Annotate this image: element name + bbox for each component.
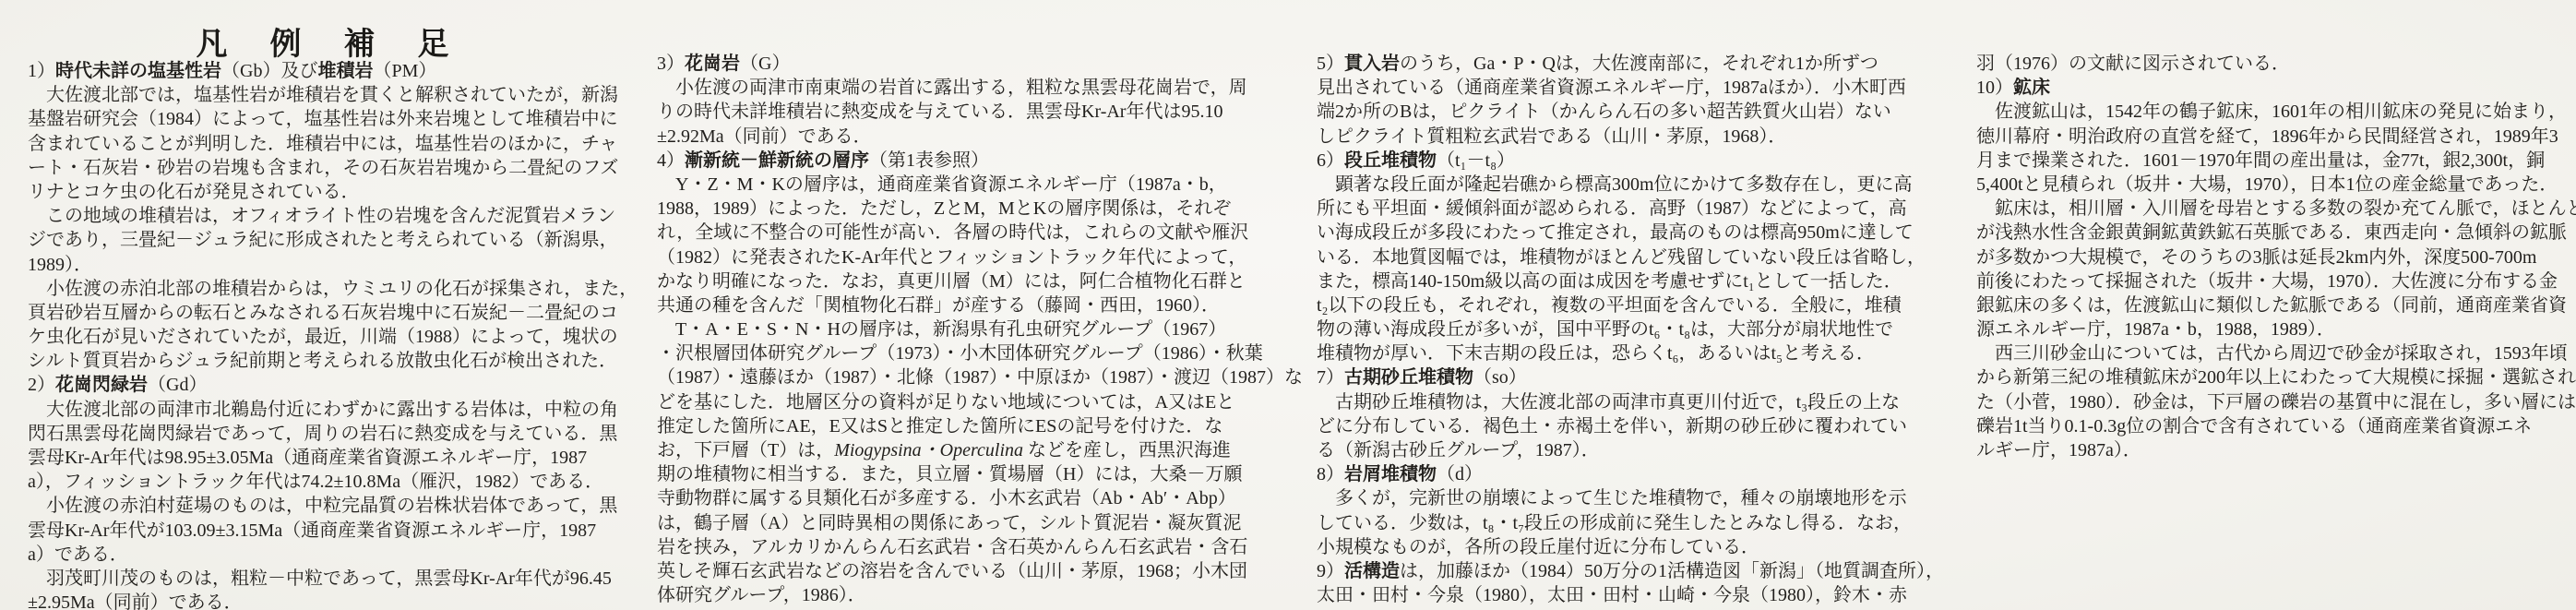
text-line: 期の堆積物に相当する．また，貝立層・質場層（H）には，大桑－万願 [657, 462, 1318, 486]
text-line: かなり明確になった．なお，真更川層（M）には，阿仁合植物化石群と [657, 269, 1318, 293]
text-line: リナとコケ虫の化石が発見されている． [28, 180, 626, 204]
text-line: ・沢根層団体研究グループ（1973）・小木団体研究グループ（1986）・秋葉 [657, 341, 1318, 365]
text-line: 小佐渡の赤泊村莚場のものは，中粒完晶質の岩株状岩体であって，黒 [28, 494, 626, 518]
text-line: 3）花崗岩（G） [657, 52, 1318, 76]
text-line: 西三川砂金山については，古代から周辺で砂金が採取され，1593年頃 [1976, 341, 2576, 365]
text-line: ±2.92Ma（同前）である． [657, 125, 1318, 149]
text-column-4: 羽（1976）の文献に図示されている．10）鉱床 佐渡鉱山は，1542年の鶴子鉱… [1976, 52, 2576, 462]
text-line: 雲母Kr-Ar年代が103.09±3.15Ma（通商産業省資源エネルギー庁，19… [28, 519, 626, 543]
text-line: 前後にわたって採掘された（坂井・大場，1970）．大佐渡に分布する金 [1976, 269, 2576, 293]
text-line: 4）漸新統－鮮新統の層序（第1表参照） [657, 149, 1318, 173]
text-line: 1989）． [28, 253, 626, 277]
text-line: T・A・E・S・N・Hの層序は，新潟県有孔虫研究グループ（1967） [657, 317, 1318, 341]
text-line: が多数かつ大規模で，そのうちの3脈は延長2km内外，深度500-700m [1976, 245, 2576, 269]
text-line: 雲母Kr-Ar年代は98.95±3.05Ma（通商産業省資源エネルギー庁，198… [28, 446, 626, 470]
text-line: 羽茂町川茂のものは，粗粒－中粒であって，黒雲母Kr-Ar年代が96.45 [28, 567, 626, 591]
text-line: 5）貫入岩のうち，Ga・P・Qは，大佐渡南部に，それぞれ1か所ずつ [1317, 52, 1979, 76]
text-line: りの時代未詳堆積岩に熱変成を与えている．黒雲母Kr-Ar年代は95.10 [657, 100, 1318, 124]
text-line: どに分布している．褐色土・赤褐土を伴い，新期の砂丘砂に覆われてい [1317, 414, 1979, 438]
text-line: 羽（1976）の文献に図示されている． [1976, 52, 2576, 76]
text-line: 銀鉱床の多くは，佐渡鉱山に類似した鉱脈である（同前，通商産業省資 [1976, 293, 2576, 317]
text-line: しピクライト質粗粒玄武岩である（山川・茅原，1968）． [1317, 125, 1979, 149]
text-line: 礫岩1t当り0.1-0.3g位の割合で含有されている（通商産業省資源エネ [1976, 414, 2576, 438]
text-line: お，下戸層（T）は，Miogypsina・Operculina などを産し，西黒… [657, 438, 1318, 462]
text-line: 2）花崗閃緑岩（Gd） [28, 373, 626, 397]
text-line: 所にも平坦面・緩傾斜面が認められる．高野（1987）などによって，高 [1317, 197, 1979, 221]
text-line: 8）岩屑堆積物（d） [1317, 462, 1979, 486]
text-line: 佐渡鉱山は，1542年の鶴子鉱床，1601年の相川鉱床の発見に始まり， [1976, 100, 2576, 124]
text-line: ルギー庁，1987a）． [1976, 438, 2576, 462]
text-line: 小佐渡の赤泊北部の堆積岩からは，ウミユリの化石が採集され，また， [28, 277, 626, 301]
text-line: 小規模なものが，各所の段丘崖付近に分布している． [1317, 535, 1979, 559]
text-line: ート・石灰岩・砂岩の岩塊も含まれ，その石灰岩岩塊から二畳紀のフズ [28, 156, 626, 180]
text-line: 5,400tと見積られ（坂井・大場，1970），日本1位の産金総量であった． [1976, 173, 2576, 197]
text-line: ±2.95Ma（同前）である． [28, 591, 626, 610]
text-line: 見出されている（通商産業省資源エネルギー庁，1987aほか）．小木町西 [1317, 76, 1979, 100]
legend-supplement-page: 凡 例 補 足 1）時代未詳の塩基性岩（Gb）及び堆積岩（PM） 大佐渡北部では… [0, 0, 2576, 610]
text-line: る（新潟古砂丘グループ，1987）． [1317, 438, 1979, 462]
text-line: 堆積物が厚い．下末吉期の段丘は，恐らくt₆，あるいはt₅と考える． [1317, 341, 1979, 365]
text-line: から新第三紀の堆積鉱床が200年以上にわたって大規模に採掘・選鉱され [1976, 365, 2576, 389]
text-line: 月まで操業された．1601－1970年間の産出量は，金77t，銀2,300t，銅 [1976, 149, 2576, 173]
text-line: 7）古期砂丘堆積物（so） [1317, 365, 1979, 389]
text-line: Y・Z・M・Kの層序は，通商産業省資源エネルギー庁（1987a・b， [657, 173, 1318, 197]
text-line: 顕著な段丘面が隆起岩礁から標高300m位にかけて多数存在し，更に高 [1317, 173, 1979, 197]
page-title: 凡 例 補 足 [28, 18, 623, 64]
text-line: 徳川幕府・明治政府の直営を経て，1896年から民間経営され，1989年3 [1976, 125, 2576, 149]
text-line: 古期砂丘堆積物は，大佐渡北部の両津市真更川付近で，t₃段丘の上な [1317, 390, 1979, 414]
text-column-2: 3）花崗岩（G） 小佐渡の両津市南東端の岩首に露出する，粗粒な黒雲母花崗岩で，周… [657, 52, 1318, 607]
text-line: 10）鉱床 [1976, 76, 2576, 100]
text-line: t₂以下の段丘も，それぞれ，複数の平坦面を含んでいる．全般に，堆積 [1317, 293, 1979, 317]
text-line: 推定した箇所にAE，E又はSと推定した箇所にESの記号を付けた．な [657, 414, 1318, 438]
text-line: この地域の堆積岩は，オフィオライト性の岩塊を含んだ泥質岩メラン [28, 204, 626, 228]
text-line: シルト質頁岩からジュラ紀前期と考えられる放散虫化石が検出された． [28, 349, 626, 373]
text-line: 体研究グループ，1986）． [657, 583, 1318, 607]
text-line: は，鶴子層（A）と同時異相の関係にあって，シルト質泥岩・凝灰質泥 [657, 511, 1318, 535]
text-line: ジであり，三畳紀－ジュラ紀に形成されたと考えられている（新潟県， [28, 228, 626, 252]
text-line: 含まれていることが判明した．堆積岩中には，塩基性岩のほかに，チャ [28, 132, 626, 156]
text-line: a）である． [28, 543, 626, 567]
text-line: 頁岩砂岩互層からの転石とみなされる石灰岩塊中に石炭紀－二畳紀のコ [28, 301, 626, 325]
text-line: a），フィッショントラック年代は74.2±10.8Ma（雁沢，1982）である． [28, 470, 626, 494]
text-line: 共通の種を含んだ「関植物化石群」が産する（藤岡・西田，1960）． [657, 293, 1318, 317]
text-line: 大佐渡北部の両津市北鵜島付近にわずかに露出する岩体は，中粒の角 [28, 398, 626, 422]
text-line: 9）活構造は，加藤ほか（1984）50万分の1活構造図「新潟」（地質調査所）， [1317, 559, 1979, 583]
text-line: 1988，1989）によった．ただし，ZとM，MとKの層序関係は，それぞ [657, 197, 1318, 221]
text-line: 岩を挟み，アルカリかんらん石玄武岩・含石英かんらん石玄武岩・含石 [657, 535, 1318, 559]
text-line: 端2か所のBは，ピクライト（かんらん石の多い超苦鉄質火山岩）ない [1317, 100, 1979, 124]
text-line: た（小菅，1980）．砂金は，下戸層の礫岩の基質中に混在し，多い層には， [1976, 390, 2576, 414]
text-line: が浅熱水性含金銀黄銅鉱黄鉄鉱石英脈である．東西走向・急傾斜の鉱脈 [1976, 221, 2576, 245]
text-column-3: 5）貫入岩のうち，Ga・P・Qは，大佐渡南部に，それぞれ1か所ずつ見出されている… [1317, 52, 1979, 607]
text-line: （1982）に発表されたK-Ar年代とフィッショントラック年代によって， [657, 245, 1318, 269]
text-line: 太田・田村・今泉（1980），太田・田村・山崎・今泉（1980），鈴木・赤 [1317, 583, 1979, 607]
text-line: 基盤岩研究会（1984）によって，塩基性岩は外来岩塊として堆積岩中に [28, 107, 626, 131]
text-line: いる．本地質図幅では，堆積物がほとんど残留していない段丘は省略し， [1317, 245, 1979, 269]
text-line: れ，全域に不整合の可能性が高い．各層の時代は，これらの文献や雁沢 [657, 221, 1318, 245]
text-line: どを基にした．地層区分の資料が足りない地域については，A又はEと [657, 390, 1318, 414]
text-line: 源エネルギー庁，1987a・b，1988，1989）． [1976, 317, 2576, 341]
text-line: 閃石黒雲母花崗閃緑岩であって，周りの岩石に熱変成を与えている．黒 [28, 422, 626, 446]
text-line: 英しそ輝石玄武岩などの溶岩を含んでいる（山川・茅原，1968；小木団 [657, 559, 1318, 583]
text-line: ケ虫化石が見いだされていたが，最近，川端（1988）によって，塊状の [28, 325, 626, 349]
text-line: 大佐渡北部では，塩基性岩が堆積岩を貫くと解釈されていたが，新潟 [28, 83, 626, 107]
text-line: している．少数は，t₈・t₇段丘の形成前に発生したとみなし得る．なお， [1317, 511, 1979, 535]
text-line: 小佐渡の両津市南東端の岩首に露出する，粗粒な黒雲母花崗岩で，周 [657, 76, 1318, 100]
text-line: 6）段丘堆積物（t₁－t₈） [1317, 149, 1979, 173]
text-line: い海成段丘が多段にわたって推定され，最高のものは標高950mに達して [1317, 221, 1979, 245]
text-line: （1987）・遠藤ほか（1987）・北條（1987）・中原ほか（1987）・渡辺… [657, 365, 1318, 389]
text-column-1: 1）時代未詳の塩基性岩（Gb）及び堆積岩（PM） 大佐渡北部では，塩基性岩が堆積… [28, 59, 626, 610]
text-line: 物の薄い海成段丘が多いが，国中平野のt₆・t₈は，大部分が扇状地性で [1317, 317, 1979, 341]
text-line: 寺動物群に属する貝類化石が多産する．小木玄武岩（Ab・Ab′・Abp） [657, 486, 1318, 510]
text-line: また，標高140-150m級以高の面は成因を考慮せずにt₁として一括した． [1317, 269, 1979, 293]
text-line: 鉱床は，相川層・入川層を母岩とする多数の裂か充てん脈で，ほとんど [1976, 197, 2576, 221]
text-line: 多くが，完新世の崩壊によって生じた堆積物で，種々の崩壊地形を示 [1317, 486, 1979, 510]
text-line: 1）時代未詳の塩基性岩（Gb）及び堆積岩（PM） [28, 59, 626, 83]
